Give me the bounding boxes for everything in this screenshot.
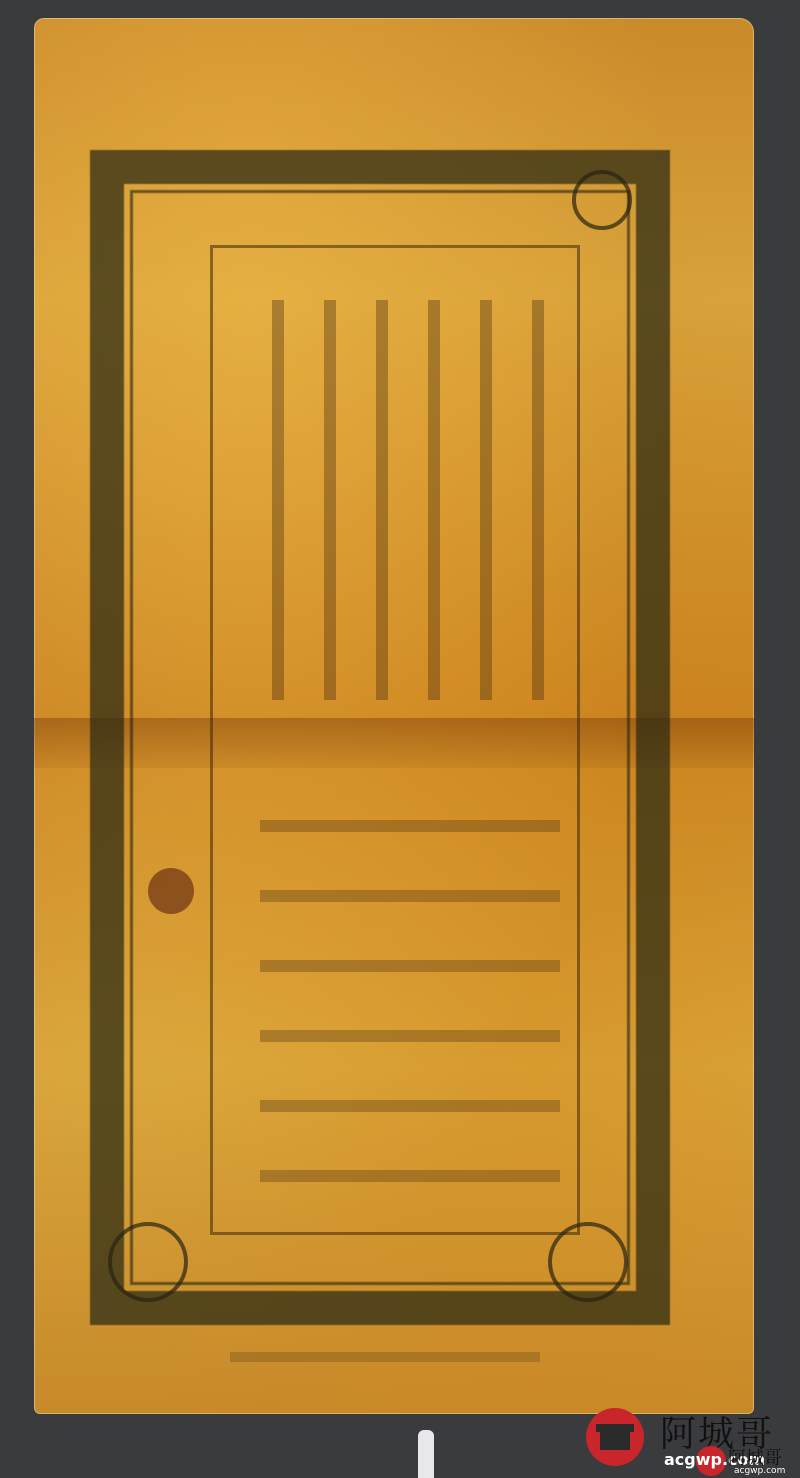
corner-medallion-top-right bbox=[572, 170, 632, 230]
stain bbox=[148, 868, 194, 914]
faded-calligraphy-upper bbox=[250, 300, 550, 700]
faded-bottom-inscription bbox=[230, 1352, 540, 1362]
watermark-url-small: acgwp.com bbox=[734, 1466, 785, 1476]
palace-logo-icon bbox=[586, 1408, 644, 1466]
watermark: 阿城哥 acgwp.com 阿城哥 acgwp.com bbox=[586, 1404, 800, 1478]
white-cable bbox=[418, 1430, 434, 1478]
corner-medallion-bottom-left bbox=[108, 1222, 188, 1302]
corner-medallion-bottom-right bbox=[548, 1222, 628, 1302]
faded-script-lower bbox=[260, 780, 560, 1200]
